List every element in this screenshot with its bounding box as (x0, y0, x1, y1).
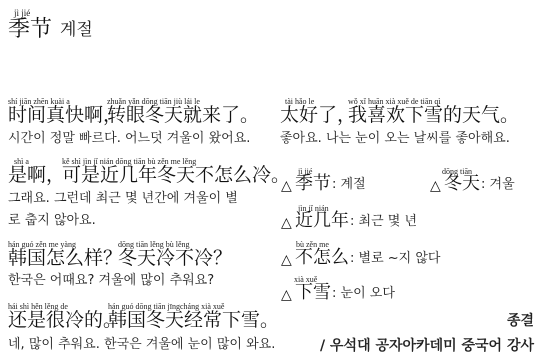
vocab-meaning: : 눈이 오다 (332, 286, 395, 302)
chinese-sentence: 我喜欢下雪的天气。 (348, 105, 519, 125)
vocab-chinese: 冬天 (444, 174, 480, 194)
vocab-meaning: : 최근 몇 년 (350, 214, 417, 230)
chinese-sentence: 还是很冷的。 (8, 310, 122, 330)
author-name: 종결 (507, 310, 534, 330)
korean-translation: 네, 많이 추워요. 한국은 겨울에 눈이 많이 와요. (8, 337, 275, 353)
triangle-icon: △ (281, 215, 292, 231)
triangle-icon: △ (281, 178, 292, 194)
korean-translation: 한국은 어때요? 겨울에 많이 추워요? (8, 273, 214, 289)
triangle-icon: △ (281, 287, 292, 303)
vocab-meaning: : 계절 (332, 177, 366, 193)
chinese-sentence: 时间真快啊， (8, 105, 122, 125)
chinese-sentence: 冬天冷不冷？ (118, 248, 232, 268)
chinese-sentence: 韩国怎么样？ (8, 248, 122, 268)
chinese-sentence: 韩国冬天经常下雪。 (108, 310, 279, 330)
chinese-sentence: 转眼冬天就来了。 (107, 105, 259, 125)
korean-translation: 그래요. 그런데 최근 몇 년간에 겨울이 별 (8, 191, 238, 207)
chinese-sentence: 是啊， (8, 165, 65, 185)
vocab-meaning: : 별로 ~지 않다 (350, 251, 440, 267)
vocab-chinese: 不怎么 (295, 248, 349, 268)
chinese-sentence: 太好了， (280, 105, 356, 125)
vocab-chinese: 下雪 (295, 283, 331, 303)
triangle-icon: △ (430, 178, 441, 194)
vocab-chinese: 季节 (295, 174, 331, 194)
vocab-chinese: 近几年 (295, 211, 349, 231)
author-affiliation: / 우석대 공자아카데미 중국어 강사 (320, 335, 534, 355)
triangle-icon: △ (281, 252, 292, 268)
korean-translation: 시간이 정말 빠르다. 어느덧 겨울이 왔어요. (8, 131, 250, 147)
korean-translation: 좋아요. 나는 눈이 오는 날씨를 좋아해요. (280, 131, 510, 147)
title-korean: 계절 (60, 19, 93, 41)
chinese-sentence: 可是近几年冬天不怎么冷。 (62, 165, 290, 185)
title-chinese: 季节 (8, 18, 52, 42)
korean-translation: 로 춥지 않아요. (8, 213, 96, 229)
vocab-meaning: : 겨울 (481, 177, 515, 193)
